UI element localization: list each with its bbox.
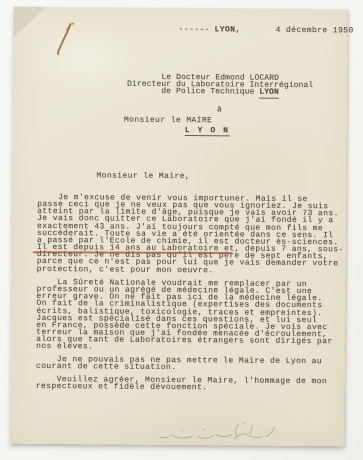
recipient-city-underlined: L Y O N	[185, 127, 230, 135]
recipient-city-text: L Y O N	[185, 126, 230, 136]
sender-service-text: de Police Technique	[161, 87, 259, 97]
header-date: 4 décembre 1950	[276, 27, 354, 35]
paragraph-3: Je ne pouvais pas ne pas mettre le Maire…	[36, 356, 322, 373]
connector-a: à	[217, 106, 222, 113]
header-dashes: ------	[179, 26, 210, 33]
sender-block: Le Docteur Edmond LOCARD Directeur du La…	[91, 73, 349, 96]
letter-paper: ------ LYON, 4 décembre 1950 Le Docteur …	[10, 7, 347, 447]
paragraph-2: La Sûreté Nationale voudrait me remplace…	[36, 279, 333, 353]
scan-background: ------ LYON, 4 décembre 1950 Le Docteur …	[0, 0, 363, 460]
recipient-title: Monsieur le MAIRE	[124, 117, 212, 125]
salutation: Monsieur le Maire,	[96, 172, 190, 180]
sender-city-underlined: LYON	[259, 88, 279, 99]
header-city: LYON,	[215, 26, 241, 33]
closing-formula: Veuillez agréer, Monsieur le Maire, l'ho…	[36, 376, 327, 393]
sender-service: de Police Technique LYON	[91, 88, 349, 97]
corner-crease	[13, 7, 47, 37]
ink-stain-mark	[51, 21, 77, 59]
pencil-annotation	[86, 415, 278, 449]
paragraph-1: Je m'excuse de venir vous importuner. Ma…	[37, 194, 344, 275]
